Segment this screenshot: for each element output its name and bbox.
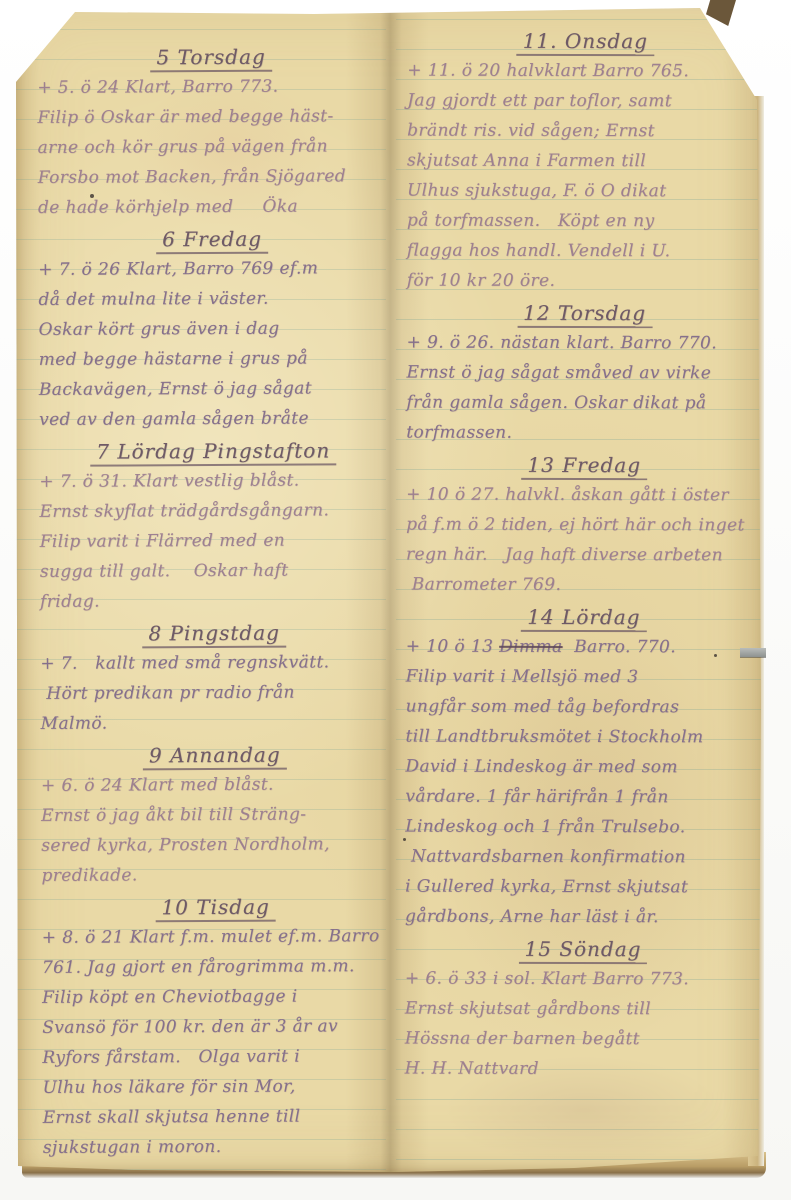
entry-heading: 5 Torsdag (37, 41, 385, 73)
entry-line: vårdare. 1 får härifrån 1 från (405, 782, 761, 813)
diary-entry: 5 Torsdag+ 5. ö 24 Klart, Barro 773.Fili… (37, 41, 386, 223)
entry-line: + 5. ö 24 Klart, Barro 773. (37, 71, 385, 103)
entry-line: ved av den gamla sågen bråte (39, 403, 387, 435)
entry-heading: 13 Fredag (406, 450, 762, 481)
entry-line: Hössna der barnen begått (405, 1024, 761, 1055)
entry-line: + 10 ö 13 Dimma Barro. 770. (406, 632, 762, 663)
entry-heading-text: 13 Fredag (521, 453, 647, 480)
entry-heading: 11. Onsdag (407, 26, 763, 57)
entry-heading-text: 11. Onsdag (517, 29, 654, 56)
entry-line: med begge hästarne i grus på (39, 343, 387, 375)
entry-heading-text: 7 Lördag Pingstafton (90, 438, 336, 466)
entry-heading-text: 12 Torsdag (517, 301, 652, 328)
entry-line: brändt ris. vid sågen; Ernst (407, 116, 763, 147)
entry-line: Malmö. (41, 707, 389, 739)
entry-line: ungfår som med tåg befordras (406, 692, 762, 723)
entry-line: sugga till galt. Oskar haft (40, 555, 388, 587)
entry-line: gårdbons, Arne har läst i år. (405, 902, 761, 933)
entry-line: Backavägen, Ernst ö jag sågat (39, 373, 387, 405)
entry-line: Hört predikan pr radio från (40, 677, 388, 709)
entry-heading-text: 10 Tisdag (155, 895, 275, 923)
entry-heading: 7 Lördag Pingstafton (39, 435, 387, 467)
diary-entry: 14 Lördag+ 10 ö 13 Dimma Barro. 770.Fili… (405, 602, 762, 933)
left-page-text: 5 Torsdag+ 5. ö 24 Klart, Barro 773.Fili… (37, 39, 391, 1163)
entry-line: Forsbo mot Backen, från Sjögared (38, 161, 386, 193)
entry-line: skjutsat Anna i Farmen till (407, 146, 763, 177)
entry-line: Lindeskog och 1 från Trulsebo. (405, 812, 761, 843)
diary-scan: 5 Torsdag+ 5. ö 24 Klart, Barro 773.Fili… (0, 0, 791, 1200)
entry-line: + 10 ö 27. halvkl. åskan gått i öster (406, 480, 762, 511)
entry-line: Oskar kört grus även i dag (38, 313, 386, 345)
entry-line: då det mulna lite i väster. (38, 283, 386, 315)
entry-line: + 6. ö 24 Klart med blåst. (41, 769, 389, 801)
entry-line: regn här. Jag haft diverse arbeten (406, 540, 762, 571)
entry-line: + 6. ö 33 i sol. Klart Barro 773. (405, 964, 761, 995)
entry-line: Nattvardsbarnen konfirmation (405, 842, 761, 873)
entry-line: sjukstugan i moron. (43, 1131, 391, 1163)
entry-heading: 14 Lördag (406, 602, 762, 633)
entry-line: H. H. Nattvard (405, 1054, 761, 1085)
diary-entry: 10 Tisdag+ 8. ö 21 Klart f.m. mulet ef.m… (42, 891, 391, 1163)
diary-entry: 8 Pingstdag+ 7. kallt med små regnskvätt… (40, 617, 389, 739)
entry-line: + 8. ö 21 Klart f.m. mulet ef.m. Barro (42, 921, 390, 953)
diary-entry: 11. Onsdag+ 11. ö 20 halvklart Barro 765… (407, 26, 764, 297)
entry-line: predikade. (41, 859, 389, 891)
entry-line: fridag. (40, 585, 388, 617)
entry-line: + 11. ö 20 halvklart Barro 765. (407, 56, 763, 87)
entry-line: Filip varit i Flärred med en (40, 525, 388, 557)
entry-heading: 8 Pingstdag (40, 617, 388, 649)
edge-mark (740, 648, 766, 657)
entry-heading-text: 15 Söndag (518, 937, 647, 964)
entry-line: på f.m ö 2 tiden, ej hört här och inget (406, 510, 762, 541)
entry-line: David i Lindeskog är med som (405, 752, 761, 783)
diary-entry: 9 Annandag+ 6. ö 24 Klart med blåst.Erns… (41, 739, 390, 891)
entry-line: Ernst ö jag sågat småved av virke (406, 358, 762, 389)
entry-line: flagga hos handl. Vendell i U. (407, 236, 763, 267)
entry-heading: 15 Söndag (405, 934, 761, 965)
entry-line: torfmassen. (406, 418, 762, 449)
diary-entry: 6 Fredag+ 7. ö 26 Klart, Barro 769 ef.md… (38, 223, 387, 435)
entry-heading-text: 8 Pingstdag (142, 621, 286, 649)
entry-heading-text: 6 Fredag (156, 227, 268, 255)
entry-heading: 6 Fredag (38, 223, 386, 255)
entry-heading: 9 Annandag (41, 739, 389, 771)
entry-line: Ryfors fårstam. Olga varit i (42, 1041, 390, 1073)
entry-line: arne och kör grus på vägen från (38, 131, 386, 163)
entry-line: Ernst ö jag åkt bil till Sträng- (41, 799, 389, 831)
entry-line: på torfmassen. Köpt en ny (407, 206, 763, 237)
diary-entry: 13 Fredag+ 10 ö 27. halvkl. åskan gått i… (406, 450, 762, 601)
entry-line: Filip köpt en Cheviotbagge i (42, 981, 390, 1013)
entry-line: Ernst skall skjutsa henne till (43, 1101, 391, 1133)
entry-heading-text: 9 Annandag (143, 743, 287, 771)
entry-line: Svansö för 100 kr. den är 3 år av (42, 1011, 390, 1043)
entry-line: till Landtbruksmötet i Stockholm (405, 722, 761, 753)
cover-tab (706, 0, 736, 26)
entry-line-segment: Barro. 770. (563, 637, 677, 657)
entry-line: Ulhus sjukstuga, F. ö O dikat (407, 176, 763, 207)
entry-line: Barrometer 769. (406, 570, 762, 601)
entry-heading-text: 14 Lördag (521, 605, 646, 632)
entry-line: Ulhu hos läkare för sin Mor, (42, 1071, 390, 1103)
entry-line: för 10 kr 20 öre. (407, 266, 763, 297)
entry-line: Jag gjordt ett par toflor, samt (407, 86, 763, 117)
entry-line: de hade körhjelp med Öka (38, 191, 386, 223)
entry-line: + 7. ö 26 Klart, Barro 769 ef.m (38, 253, 386, 285)
entry-line: Ernst skjutsat gårdbons till (405, 994, 761, 1025)
diary-entry: 15 Söndag+ 6. ö 33 i sol. Klart Barro 77… (405, 934, 761, 1085)
entry-line: + 7. ö 31. Klart vestlig blåst. (39, 465, 387, 497)
entry-line: i Gullered kyrka, Ernst skjutsat (405, 872, 761, 903)
notebook-spread: 5 Torsdag+ 5. ö 24 Klart, Barro 773.Fili… (14, 6, 768, 1176)
entry-line: från gamla sågen. Oskar dikat på (406, 388, 762, 419)
entry-line: sered kyrka, Prosten Nordholm, (41, 829, 389, 861)
entry-line: 761. Jag gjort en fårogrimma m.m. (42, 951, 390, 983)
diary-entry: 7 Lördag Pingstafton+ 7. ö 31. Klart ves… (39, 435, 388, 617)
diary-entry: 12 Torsdag+ 9. ö 26. nästan klart. Barro… (406, 298, 762, 449)
entry-line: Ernst skyflat trädgårdsgångarn. (39, 495, 387, 527)
entry-line: Filip ö Oskar är med begge häst- (37, 101, 385, 133)
right-page-text: 11. Onsdag+ 11. ö 20 halvklart Barro 765… (405, 24, 764, 1085)
entry-heading: 12 Torsdag (407, 298, 763, 329)
entry-line: + 7. kallt med små regnskvätt. (40, 647, 388, 679)
entry-heading-text: 5 Torsdag (150, 45, 271, 73)
entry-heading: 10 Tisdag (42, 891, 390, 923)
entry-line-segment-struck: Dimma (499, 637, 563, 657)
entry-line: Filip varit i Mellsjö med 3 (406, 662, 762, 693)
entry-line: + 9. ö 26. nästan klart. Barro 770. (407, 328, 763, 359)
entry-line-segment: + 10 ö 13 (406, 637, 499, 657)
